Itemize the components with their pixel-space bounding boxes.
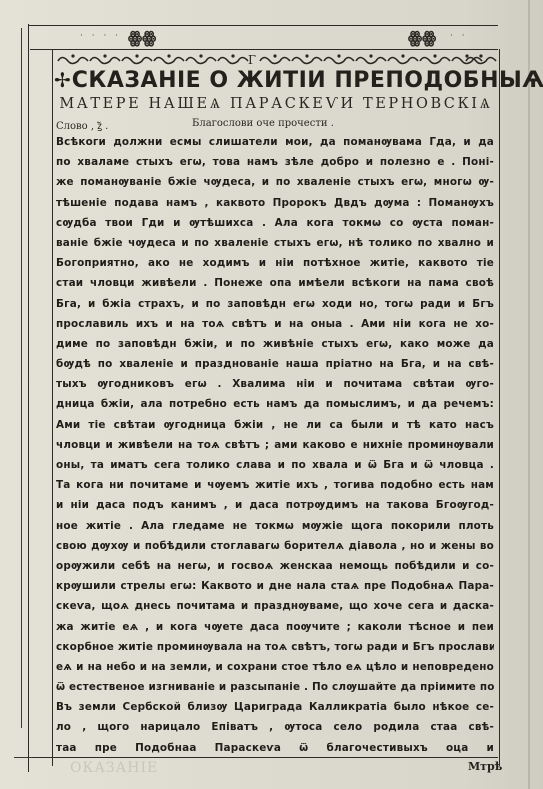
text-line: по хваламе стыхъ егѡ, това намъ зѣле доб… <box>56 152 494 172</box>
text-line: сѹдба твои Гди и ѹтѣшихса . Ала кога ток… <box>56 213 494 233</box>
bottom-rule <box>32 757 498 758</box>
outer-left-rule <box>21 28 22 728</box>
text-line: чловци и живѣели на тоѧ свѣтъ ; ами како… <box>56 435 494 455</box>
text-line: бѹдѣ по хваленіе и празднованіе наша прі… <box>56 354 494 374</box>
title-line-2: МАТЕРЕ НАШЕѦ ПАРАСКЕѴИ ТЕРНОВСКІѦ <box>54 96 498 114</box>
vine-ornament-icon: Г <box>54 52 498 66</box>
text-line: диме по заповѣдн бжіи, и по живѣніе стых… <box>56 334 494 354</box>
catchword: Мтрѣ <box>468 760 502 773</box>
frame-top-rule <box>28 25 498 26</box>
text-line: оны, та иматъ сега толико слава и по хва… <box>56 455 494 475</box>
text-line: Въ земли Сербской близѹ Цариграда Каллик… <box>56 697 494 717</box>
text-line: Ами тіе свѣтаи ѹгодница бжіи , не ли са … <box>56 415 494 435</box>
header-dots-right: · · <box>450 31 468 41</box>
body-text: Всѣкоги должни есмы слишатели мои, да по… <box>56 132 494 758</box>
text-line: Бга, и бжіа страхъ, и по заповѣдн егѡ хо… <box>56 294 494 314</box>
scanned-page: · · · · ꙮꙮ ꙮꙮ · · <box>0 0 543 789</box>
sermon-number: Слово , ꙁ̃ . <box>56 118 108 132</box>
headpiece-ornament-row: Г <box>54 52 498 66</box>
header-band: · · · · ꙮꙮ ꙮꙮ · · <box>30 27 498 50</box>
text-line: Та кога ни почитаме и чѹемъ житіе ихъ , … <box>56 475 494 495</box>
text-line: скорбное житіе проминѹвала на тоѧ свѣтъ,… <box>56 637 494 657</box>
text-line: ло , щого нарицало Епіватъ , ѹтоса село … <box>56 717 494 737</box>
text-line: жа житіе еѧ , и кога чѹете даса поѹчите … <box>56 617 494 637</box>
bleed-through-text: ОКАЗАНІЕ <box>70 760 158 776</box>
text-line: Богоприятно, ако не ходимъ и ніи потѣхно… <box>56 253 494 273</box>
text-line: ваніе бжіе чѹдеса и по хваленіе стыхъ ег… <box>56 233 494 253</box>
text-line: стаи чловци живѣели . Понеже опа имѣели … <box>56 273 494 293</box>
text-line: Всѣкоги должни есмы слишатели мои, да по… <box>56 132 494 152</box>
text-line: и ніи даса подъ канимъ , и даса потрѹдим… <box>56 495 494 515</box>
text-line: еѧ и на небо и на земли, и сохрани стое … <box>56 657 494 677</box>
text-line: ное житіе . Ала гледаме не токмѡ мѹжіе щ… <box>56 516 494 536</box>
text-line: таа пре Подобнаа Параскеѵа ѿ благочестив… <box>56 738 494 758</box>
page-fold-edge <box>528 0 530 789</box>
text-line: тыхъ ѹгодниковъ егѡ . Хвалима ніи и почи… <box>56 374 494 394</box>
text-line: свою дѹхѹ и побѣдили стоглавагѡ борителѧ… <box>56 536 494 556</box>
text-line: прославиль ихъ и на тоѧ свѣтъ и на оныа … <box>56 314 494 334</box>
cross-icon: ✢ <box>54 68 72 92</box>
text-line: скеѵа, щоѧ днесь почитама и празднѹваме,… <box>56 596 494 616</box>
text-line: дница бжіи, ала потребно есть намъ да по… <box>56 394 494 414</box>
text-line: крѹшили стрелы егѡ: Каквото и дне нала с… <box>56 576 494 596</box>
header-dots-left: · · · · <box>80 31 121 41</box>
title-line-1: ✢ СКАЗАНІЕ О ЖИТІИ ПРЕПОДОБНЫѦ ✢ <box>54 66 498 94</box>
text-line: орѹжили себѣ на негѡ, и госвоѧ женскаа н… <box>56 556 494 576</box>
subheading: Слово , ꙁ̃ . Благослови оче прочести . <box>56 118 496 132</box>
title-text: СКАЗАНІЕ О ЖИТІИ ПРЕПОДОБНЫѦ <box>72 68 543 93</box>
blessing-line: Благослови оче прочести . <box>192 118 334 129</box>
svg-text:Г: Г <box>248 53 256 66</box>
knot-ornament-icon: ꙮꙮ <box>128 28 154 48</box>
text-line: тѣшеніе подава намъ , каквото Пророкъ Дв… <box>56 193 494 213</box>
knot-ornament-icon: ꙮꙮ <box>408 28 434 48</box>
text-line: же поманѹваніе бжіе чѹдеса, и по хвалені… <box>56 172 494 192</box>
text-line: ѿ естественое изгниваніе и разсыпаніе . … <box>56 677 494 697</box>
